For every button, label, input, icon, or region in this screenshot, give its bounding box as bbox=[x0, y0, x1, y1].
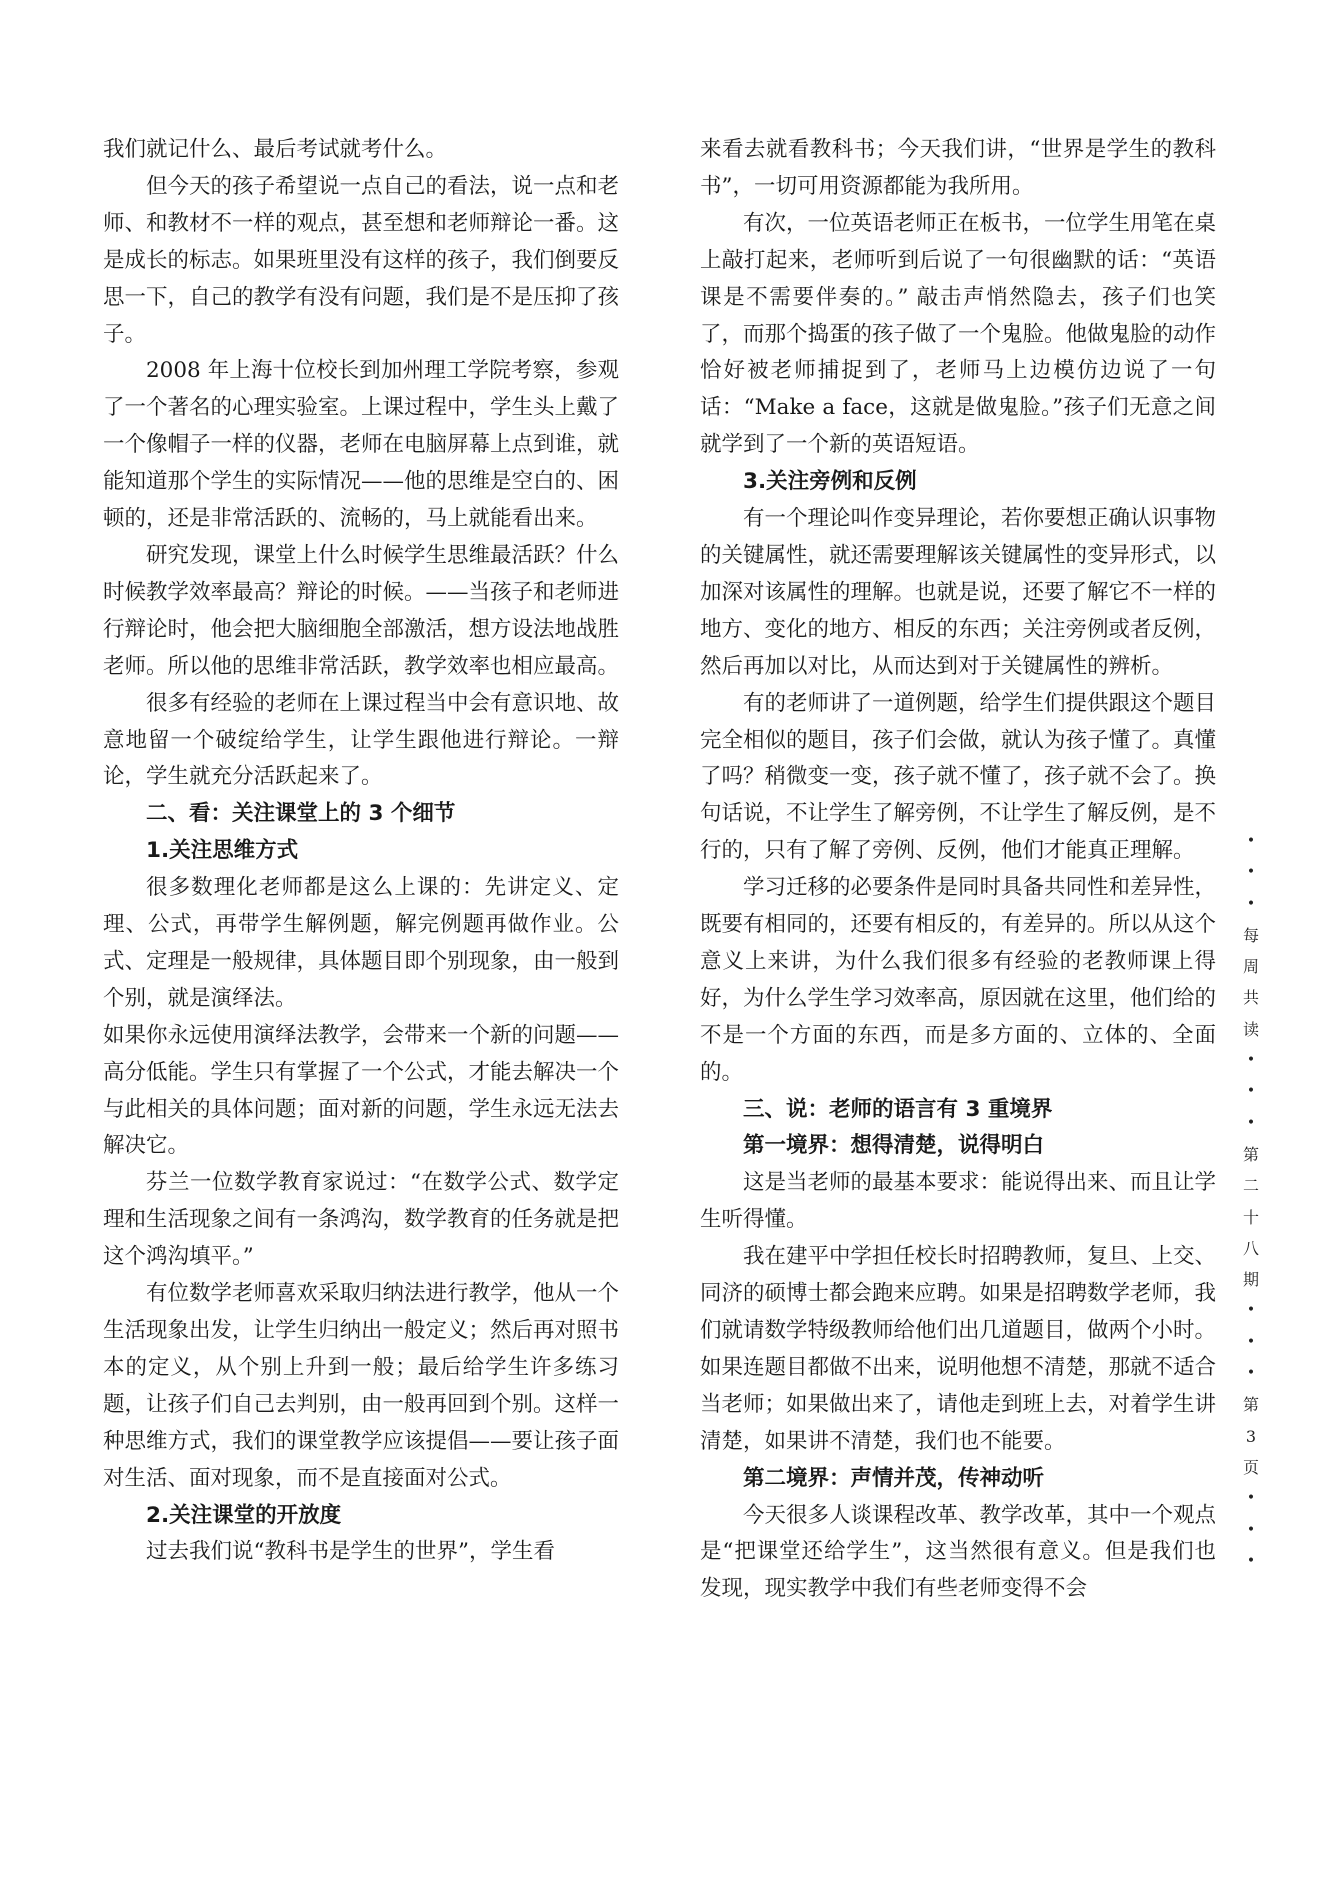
sidebar-dot: • bbox=[1247, 1546, 1255, 1577]
sidebar-char: 共 bbox=[1243, 982, 1259, 1013]
sidebar-char: 十 bbox=[1243, 1202, 1259, 1233]
paragraph: 有一个理论叫作变异理论，若你要想正确认识事物的关键属性，就还需要理解该关键属性的… bbox=[700, 501, 1216, 686]
sidebar-char: 期 bbox=[1243, 1264, 1259, 1295]
paragraph: 来看去就看教科书；今天我们讲，“世界是学生的教科书”，一切可用资源都能为我所用。 bbox=[700, 132, 1216, 206]
section-heading: 2.关注课堂的开放度 bbox=[103, 1498, 619, 1535]
sidebar-char: 二 bbox=[1243, 1170, 1259, 1201]
issue-sidebar: •••每周共读•••第二十八期•••第3页••• bbox=[1236, 826, 1266, 1577]
sidebar-dot: • bbox=[1247, 1515, 1255, 1546]
paragraph: 过去我们说“教科书是学生的世界”，学生看 bbox=[103, 1534, 619, 1571]
paragraph: 有的老师讲了一道例题，给学生们提供跟这个题目完全相似的题目，孩子们会做，就认为孩… bbox=[700, 686, 1216, 871]
sidebar-char: 第 bbox=[1243, 1139, 1259, 1170]
sidebar-dot: • bbox=[1247, 826, 1255, 857]
paragraph: 如果你永远使用演绎法教学，会带来一个新的问题——高分低能。学生只有掌握了一个公式… bbox=[103, 1018, 619, 1166]
paragraph: 很多有经验的老师在上课过程当中会有意识地、故意地留一个破绽给学生，让学生跟他进行… bbox=[103, 686, 619, 797]
section-heading: 二、看：关注课堂上的 3 个细节 bbox=[103, 796, 619, 833]
paragraph: 我们就记什么、最后考试就考什么。 bbox=[103, 132, 619, 169]
section-heading: 三、说：老师的语言有 3 重境界 bbox=[700, 1092, 1216, 1129]
sidebar-char: 页 bbox=[1243, 1452, 1259, 1483]
paragraph: 研究发现，课堂上什么时候学生思维最活跃？什么时候教学效率最高？辩论的时候。——当… bbox=[103, 538, 619, 686]
sidebar-dot: • bbox=[1247, 1045, 1255, 1076]
paragraph: 这是当老师的最基本要求：能说得出来、而且让学生听得懂。 bbox=[700, 1165, 1216, 1239]
sidebar-char: 第 bbox=[1243, 1389, 1259, 1420]
left-column: 我们就记什么、最后考试就考什么。但今天的孩子希望说一点自己的看法，说一点和老师、… bbox=[103, 132, 619, 1571]
sidebar-char: 周 bbox=[1243, 951, 1259, 982]
paragraph: 今天很多人谈课程改革、教学改革，其中一个观点是“把课堂还给学生”，这当然很有意义… bbox=[700, 1498, 1216, 1609]
paragraph: 有次，一位英语老师正在板书，一位学生用笔在桌上敲打起来，老师听到后说了一句很幽默… bbox=[700, 206, 1216, 464]
sidebar-dot: • bbox=[1247, 1483, 1255, 1514]
paragraph: 芬兰一位数学教育家说过：“在数学公式、数学定理和生活现象之间有一条鸿沟，数学教育… bbox=[103, 1165, 619, 1276]
right-column: 来看去就看教科书；今天我们讲，“世界是学生的教科书”，一切可用资源都能为我所用。… bbox=[700, 132, 1216, 1608]
sidebar-dot: • bbox=[1247, 889, 1255, 920]
sidebar-dot: • bbox=[1247, 1358, 1255, 1389]
paragraph: 很多数理化老师都是这么上课的：先讲定义、定理、公式，再带学生解例题，解完例题再做… bbox=[103, 870, 619, 1018]
sidebar-dot: • bbox=[1247, 1076, 1255, 1107]
section-heading: 1.关注思维方式 bbox=[103, 833, 619, 870]
paragraph: 但今天的孩子希望说一点自己的看法，说一点和老师、和教材不一样的观点，甚至想和老师… bbox=[103, 169, 619, 354]
sidebar-dot: • bbox=[1247, 1108, 1255, 1139]
sidebar-char: 每 bbox=[1243, 920, 1259, 951]
paragraph: 我在建平中学担任校长时招聘教师，复旦、上交、同济的硕博士都会跑来应聘。如果是招聘… bbox=[700, 1239, 1216, 1460]
sidebar-char: 读 bbox=[1243, 1014, 1259, 1045]
sidebar-dot: • bbox=[1247, 857, 1255, 888]
section-heading: 第一境界：想得清楚，说得明白 bbox=[700, 1128, 1216, 1165]
paragraph: 2008 年上海十位校长到加州理工学院考察，参观了一个著名的心理实验室。上课过程… bbox=[103, 353, 619, 538]
section-heading: 3.关注旁例和反例 bbox=[700, 464, 1216, 501]
sidebar-char: 3 bbox=[1246, 1421, 1256, 1452]
sidebar-dot: • bbox=[1247, 1327, 1255, 1358]
paragraph: 学习迁移的必要条件是同时具备共同性和差异性，既要有相同的，还要有相反的，有差异的… bbox=[700, 870, 1216, 1091]
section-heading: 第二境界：声情并茂，传神动听 bbox=[700, 1461, 1216, 1498]
sidebar-char: 八 bbox=[1243, 1233, 1259, 1264]
sidebar-dot: • bbox=[1247, 1295, 1255, 1326]
paragraph: 有位数学老师喜欢采取归纳法进行教学，他从一个生活现象出发，让学生归纳出一般定义；… bbox=[103, 1276, 619, 1497]
